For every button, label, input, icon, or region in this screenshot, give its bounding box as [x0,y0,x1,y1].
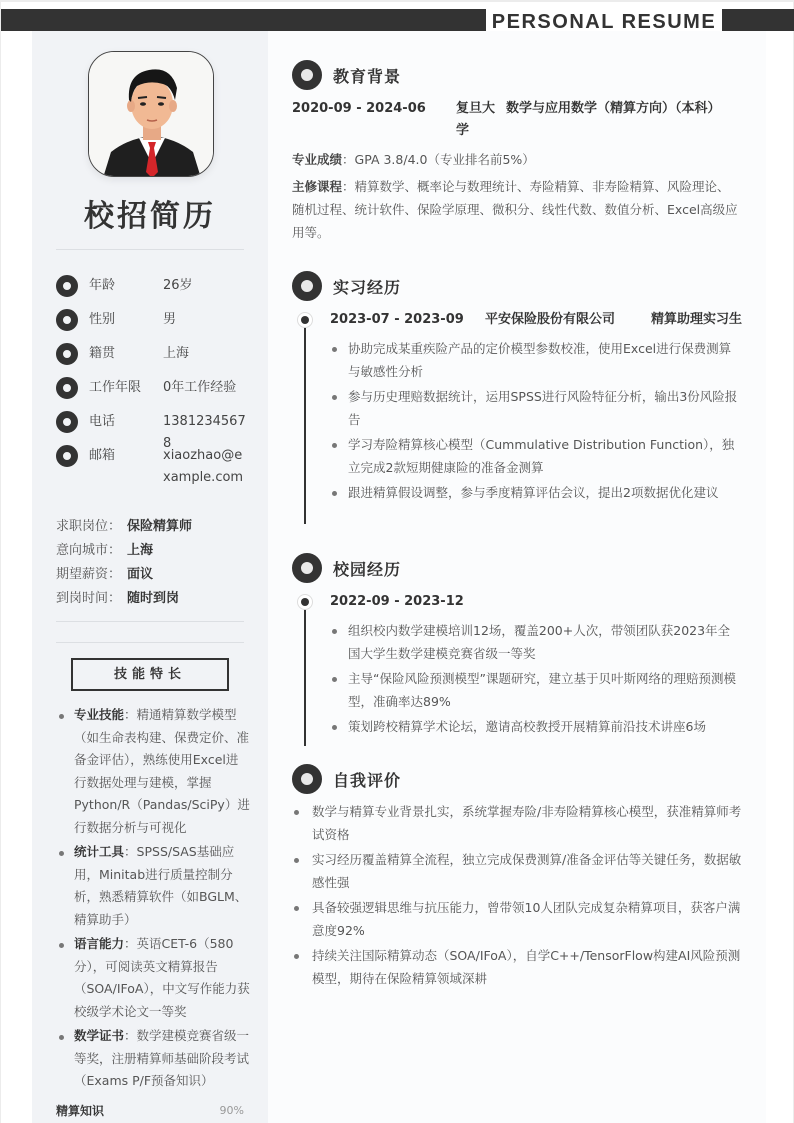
job-label: 意向城市： [56,539,127,563]
info-row-age: 年龄 26岁 [56,275,256,309]
separator: ： [124,844,137,859]
skill-level-percent: 90% [220,1101,244,1121]
info-label: 邮箱 [89,445,163,467]
skill-title: 数学证书 [74,1028,124,1043]
bullet-item: 具备较强逻辑思维与抗压能力，曾带领10人团队完成复杂精算项目，获客户满意度92% [292,896,742,942]
section-title: 自我评价 [333,768,401,791]
divider [56,642,244,643]
separator: ： [124,707,137,722]
bullet-item: 跟进精算假设调整，参与季度精算评估会议，提出2项数据优化建议 [330,481,742,504]
campus-bullets: 组织校内数学建模培训12场，覆盖200+人次，带领团队获2023年全国大学生数学… [330,619,742,738]
info-row-experience: 工作年限 0年工作经验 [56,377,256,411]
timeline-line [304,600,306,746]
skill-level-row: 精算知识 90% [56,1101,244,1121]
education-major: 数学与应用数学（精算方向）（本科） [506,98,742,142]
education-row: 2020-09 - 2024-06 复旦大学 数学与应用数学（精算方向）（本科） [292,98,742,142]
internship-company: 平安保险股份有限公司 [480,309,620,331]
skill-title: 语言能力 [74,936,124,951]
bullet-item: 策划跨校精算学术论坛，邀请高校教授开展精算前沿技术讲座6场 [330,715,742,738]
bullet-item: 数学与精算专业背景扎实，系统掌握寿险/非寿险精算核心模型，获准精算师考试资格 [292,800,742,846]
self-eval-bullets: 数学与精算专业背景扎实，系统掌握寿险/非寿险精算核心模型，获准精算师考试资格 实… [292,800,742,990]
bullet-item: 组织校内数学建模培训12场，覆盖200+人次，带领团队获2023年全国大学生数学… [330,619,742,665]
job-intent-list: 求职岗位： 保险精算师 意向城市： 上海 期望薪资： 面议 到岗时间： 随时到岗 [56,515,256,611]
info-label: 电话 [89,411,163,433]
education-courses: 主修课程：精算数学、概率论与数理统计、寿险精算、非寿险精算、风险理论、随机过程、… [292,175,742,244]
section-title: 校园经历 [333,557,401,580]
info-value: 男 [163,309,247,331]
job-row: 求职岗位： 保险精算师 [56,515,256,539]
info-label: 工作年限 [89,377,163,399]
resume-title: 校招简历 [32,191,268,235]
internship-bullets: 协助完成某重疾险产品的定价模型参数校准，使用Excel进行保费测算与敏感性分析 … [330,337,742,504]
skill-text: 精通精算数学模型（如生命表构建、保费定价、准备金评估），熟练使用Excel进行数… [74,707,250,835]
internship-date: 2023-07 - 2023-09 [330,309,480,331]
section-header: 实习经历 [292,271,742,301]
job-label: 到岗时间： [56,587,127,611]
info-row-hometown: 籍贯 上海 [56,343,256,377]
campus-timeline: 2022-09 - 2023-12 组织校内数学建模培训12场，覆盖200+人次… [292,591,742,738]
campus-date: 2022-09 - 2023-12 [330,591,480,613]
email-link[interactable]: xiaozhao@example.com [163,445,247,489]
job-row: 期望薪资： 面议 [56,563,256,587]
main-content: 教育背景 2020-09 - 2024-06 复旦大学 数学与应用数学（精算方向… [268,31,766,1123]
ring-icon [56,309,78,331]
divider [56,621,244,622]
courses-value: 精算数学、概率论与数理统计、寿险精算、非寿险精算、风险理论、随机过程、统计软件、… [292,179,738,240]
bullet-item: 主导“保险风险预测模型”课题研究，建立基于贝叶斯网络的理赔预测模型，准确率达89… [330,667,742,713]
info-row-phone: 电话 13812345678 [56,411,256,445]
gpa-label: 专业成绩 [292,152,342,167]
bullet-item: 实习经历覆盖精算全流程，独立完成保费测算/准备金评估等关键任务，数据敏感性强 [292,848,742,894]
ring-icon [292,764,322,794]
separator: ： [124,1028,137,1043]
info-label: 性别 [89,309,163,331]
separator: ： [342,152,355,167]
divider [56,249,244,250]
ring-icon [56,343,78,365]
skill-item: 专业技能：精通精算数学模型（如生命表构建、保费定价、准备金评估），熟练使用Exc… [54,704,250,839]
info-value: 26岁 [163,275,247,297]
education-school: 复旦大学 [456,98,506,142]
skill-title: 统计工具 [74,844,124,859]
internship-header: 2023-07 - 2023-09 平安保险股份有限公司 精算助理实习生 [330,309,742,331]
skill-item: 统计工具：SPSS/SAS基础应用，Minitab进行质量控制分析，熟悉精算软件… [54,841,250,931]
avatar-portrait-icon [89,52,214,177]
section-education: 教育背景 2020-09 - 2024-06 复旦大学 数学与应用数学（精算方向… [292,60,742,244]
job-label: 期望薪资： [56,563,127,587]
info-value: 上海 [163,343,247,365]
job-value: 保险精算师 [127,515,192,539]
info-label: 年龄 [89,275,163,297]
info-value: 0年工作经验 [163,377,247,399]
section-header: 自我评价 [292,764,742,794]
job-row: 到岗时间： 随时到岗 [56,587,256,611]
bullet-item: 持续关注国际精算动态（SOA/IFoA），自学C++/TensorFlow构建A… [292,944,742,990]
timeline-line [304,318,306,524]
job-row: 意向城市： 上海 [56,539,256,563]
personal-info-list: 年龄 26岁 性别 男 籍贯 上海 工作年限 0年工作经验 电话 138 [56,275,256,501]
job-value: 随时到岗 [127,587,179,611]
gpa-value: GPA 3.8/4.0（专业排名前5%） [355,152,535,167]
section-title: 实习经历 [333,275,401,298]
info-row-email: 邮箱 xiaozhao@example.com [56,445,256,501]
skills-list: 专业技能：精通精算数学模型（如生命表构建、保费定价、准备金评估），熟练使用Exc… [54,704,250,1095]
info-label: 籍贯 [89,343,163,365]
education-date: 2020-09 - 2024-06 [292,98,456,142]
ring-icon [292,271,322,301]
internship-timeline: 2023-07 - 2023-09 平安保险股份有限公司 精算助理实习生 协助完… [292,309,742,504]
timeline-dot-icon [297,312,313,328]
skill-item: 语言能力：英语CET-6（580分），可阅读英文精算报告（SOA/IFoA），中… [54,933,250,1023]
timeline-dot-icon [297,594,313,610]
section-header: 校园经历 [292,553,742,583]
section-campus: 校园经历 2022-09 - 2023-12 组织校内数学建模培训12场，覆盖2… [292,553,742,740]
info-row-gender: 性别 男 [56,309,256,343]
bullet-item: 协助完成某重疾险产品的定价模型参数校准，使用Excel进行保费测算与敏感性分析 [330,337,742,383]
ring-icon [292,553,322,583]
skills-heading: 技能特长 [71,658,229,691]
section-internship: 实习经历 2023-07 - 2023-09 平安保险股份有限公司 精算助理实习… [292,271,742,506]
courses-label: 主修课程 [292,179,342,194]
ring-icon [56,275,78,297]
skill-level-label: 精算知识 [56,1101,104,1121]
education-gpa: 专业成绩：GPA 3.8/4.0（专业排名前5%） [292,148,742,171]
separator: ： [124,936,137,951]
sidebar: 校招简历 年龄 26岁 性别 男 籍贯 上海 工作年限 0年工作经验 [32,31,268,1123]
section-title: 教育背景 [333,64,401,87]
skill-item: 数学证书：数学建模竞赛省级一等奖，注册精算师基础阶段考试（Exams P/F预备… [54,1025,250,1093]
ring-icon [56,411,78,433]
ring-icon [292,60,322,90]
job-value: 面议 [127,563,153,587]
campus-header: 2022-09 - 2023-12 [330,591,742,613]
job-label: 求职岗位： [56,515,127,539]
job-value: 上海 [127,539,153,563]
resume-page: PERSONAL RESUME [0,0,794,1123]
separator: ： [342,179,355,194]
ring-icon [56,445,78,467]
section-self-evaluation: 自我评价 数学与精算专业背景扎实，系统掌握寿险/非寿险精算核心模型，获准精算师考… [292,764,742,992]
bullet-item: 学习寿险精算核心模型（Cummulative Distribution Func… [330,433,742,479]
avatar [88,51,214,177]
bullet-item: 参与历史理赔数据统计，运用SPSS进行风险特征分析，输出3份风险报告 [330,385,742,431]
section-header: 教育背景 [292,60,742,90]
ring-icon [56,377,78,399]
skill-title: 专业技能 [74,707,124,722]
internship-role: 精算助理实习生 [620,309,742,331]
